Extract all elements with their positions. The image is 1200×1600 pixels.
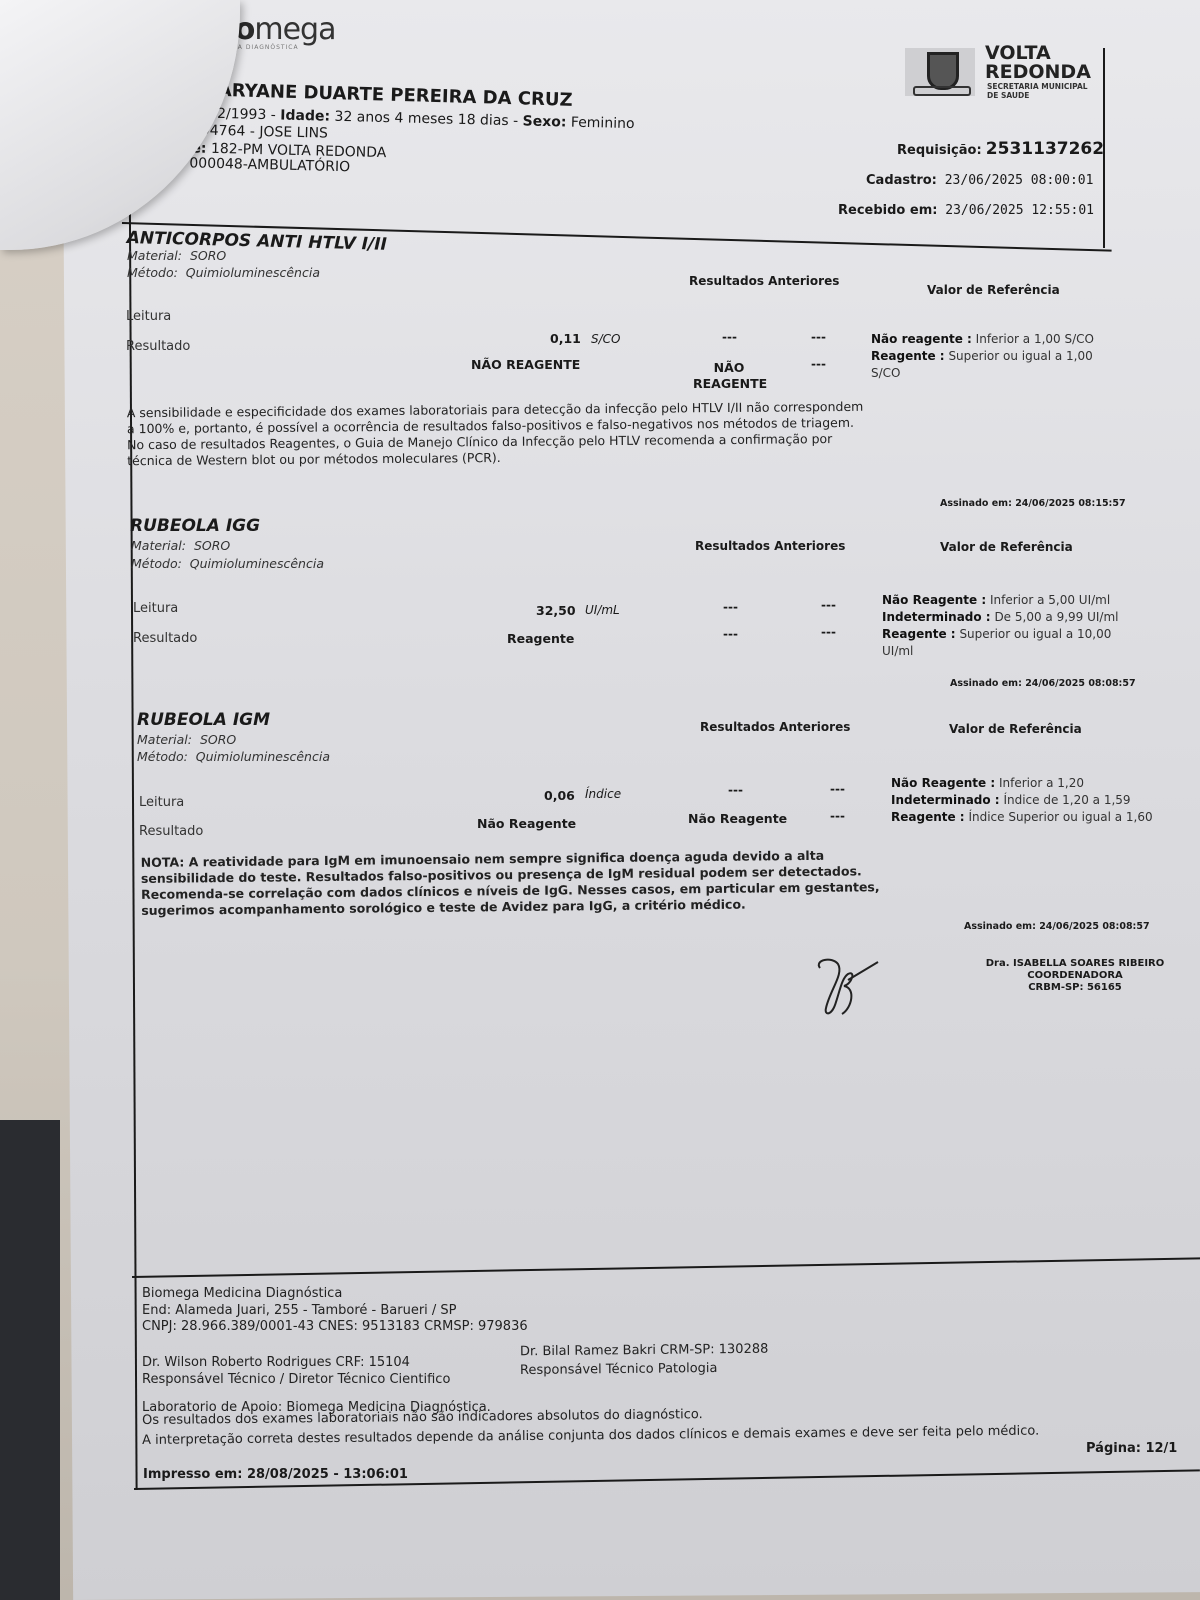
page-number: Página: 12/1 — [1086, 1441, 1177, 1456]
result-value: Não Reagente — [477, 816, 576, 831]
previous-reading-2: --- — [821, 598, 836, 612]
reading-label: Leitura — [139, 795, 184, 810]
igm-note: NOTA: A reatividade para IgM em imunoens… — [141, 847, 892, 919]
footer-divider — [132, 1257, 1200, 1278]
reference-value-header: Valor de Referência — [949, 722, 1082, 736]
partner-title: VOLTAREDONDA — [985, 44, 1091, 82]
result-label: Resultado — [126, 339, 190, 354]
signed-at: Assinado em: 24/06/2025 08:15:57 — [940, 498, 1126, 509]
printed-at: Impresso em: 28/08/2025 - 13:06:01 — [143, 1467, 408, 1482]
result-label: Resultado — [139, 824, 203, 839]
reading-value: 0,11 — [550, 331, 581, 346]
reading-label: Leitura — [126, 309, 171, 324]
previous-reading-1: --- — [728, 783, 743, 797]
footer-ids: CNPJ: 28.966.389/0001-43 CNES: 9513183 C… — [142, 1318, 528, 1335]
previous-result-2: --- — [811, 357, 826, 371]
previous-results-header: Resultados Anteriores — [689, 274, 839, 288]
previous-result-1: Não Reagente — [688, 811, 787, 826]
reading-unit: UI/mL — [585, 603, 620, 617]
previous-results-header: Resultados Anteriores — [700, 720, 850, 734]
previous-reading-2: --- — [830, 782, 845, 796]
previous-result-2: --- — [830, 809, 845, 823]
exam-material-igg: Material: SORO — [131, 537, 230, 554]
previous-reading-1: --- — [722, 330, 737, 344]
result-value: Reagente — [507, 631, 574, 646]
exam-material-htlv: Material: SORO — [127, 247, 226, 264]
previous-results-header: Resultados Anteriores — [695, 539, 845, 553]
previous-reading-1: --- — [723, 600, 738, 614]
reading-unit: Índice — [585, 787, 621, 801]
volta-redonda-crest-icon — [905, 48, 975, 96]
exam-title-rubeola-igg: RUBEOLA IGG — [130, 516, 260, 536]
reference-ranges: Não Reagente : Inferior a 1,20 Indetermi… — [891, 775, 1163, 826]
registered-at: Cadastro: 23/06/2025 08:00:01 — [866, 173, 1093, 188]
reading-label: Leitura — [133, 601, 178, 616]
reference-ranges: Não Reagente : Inferior a 5,00 UI/ml Ind… — [882, 592, 1144, 660]
reference-ranges: Não reagente : Inferior a 1,00 S/CO Reag… — [871, 331, 1111, 382]
footer-company: Biomega Medicina Diagnóstica — [142, 1285, 342, 1302]
exam-material-igm: Material: SORO — [137, 731, 236, 748]
signature-icon — [812, 950, 892, 1022]
footer-tech2-name: Dr. Bilal Ramez Bakri CRM-SP: 130288 — [520, 1341, 769, 1361]
lab-report: biomega MEDICINA DIAGNÓSTICA Sr.(a): ARY… — [0, 0, 1200, 1600]
previous-result-1: --- — [723, 627, 738, 641]
previous-result-1: NÃO REAGENTE — [693, 360, 765, 392]
partner-subtitle: SECRETARIA MUNICIPALDE SAUDE — [987, 82, 1088, 100]
footer-tech1-name: Dr. Wilson Roberto Rodrigues CRF: 15104 — [142, 1354, 410, 1371]
reading-value: 32,50 — [536, 603, 576, 618]
reference-value-header: Valor de Referência — [940, 540, 1073, 554]
received-at: Recebido em: 23/06/2025 12:55:01 — [838, 203, 1094, 218]
result-label: Resultado — [133, 631, 197, 646]
result-value: NÃO REAGENTE — [471, 357, 580, 372]
exam-title-rubeola-igm: RUBEOLA IGM — [137, 710, 270, 730]
frame-right-border — [1103, 48, 1105, 248]
previous-reading-2: --- — [811, 330, 826, 344]
previous-result-2: --- — [821, 625, 836, 639]
signatory: Dra. ISABELLA SOARES RIBEIRO COORDENADOR… — [980, 958, 1170, 994]
htlv-disclaimer: A sensibilidade e especificidade dos exa… — [127, 399, 868, 469]
footer-address: End: Alameda Juari, 255 - Tamboré - Baru… — [142, 1302, 457, 1319]
reading-value: 0,06 — [544, 788, 575, 803]
reading-unit: S/CO — [591, 332, 620, 346]
patient-name: ARYANE DUARTE PEREIRA DA CRUZ — [218, 80, 573, 111]
signed-at: Assinado em: 24/06/2025 08:08:57 — [964, 921, 1150, 932]
exam-method-igg: Método: Quimioluminescência — [131, 555, 324, 572]
footer-tech1-role: Responsável Técnico / Diretor Técnico Ci… — [142, 1371, 450, 1388]
signed-at: Assinado em: 24/06/2025 08:08:57 — [950, 678, 1136, 689]
reference-value-header: Valor de Referência — [927, 283, 1060, 297]
footer-tech2-role: Responsável Técnico Patologia — [520, 1360, 718, 1379]
exam-method-htlv: Método: Quimioluminescência — [127, 264, 320, 281]
exam-method-igm: Método: Quimioluminescência — [137, 748, 330, 765]
requisition: Requisição: 2531137262 — [897, 139, 1100, 159]
